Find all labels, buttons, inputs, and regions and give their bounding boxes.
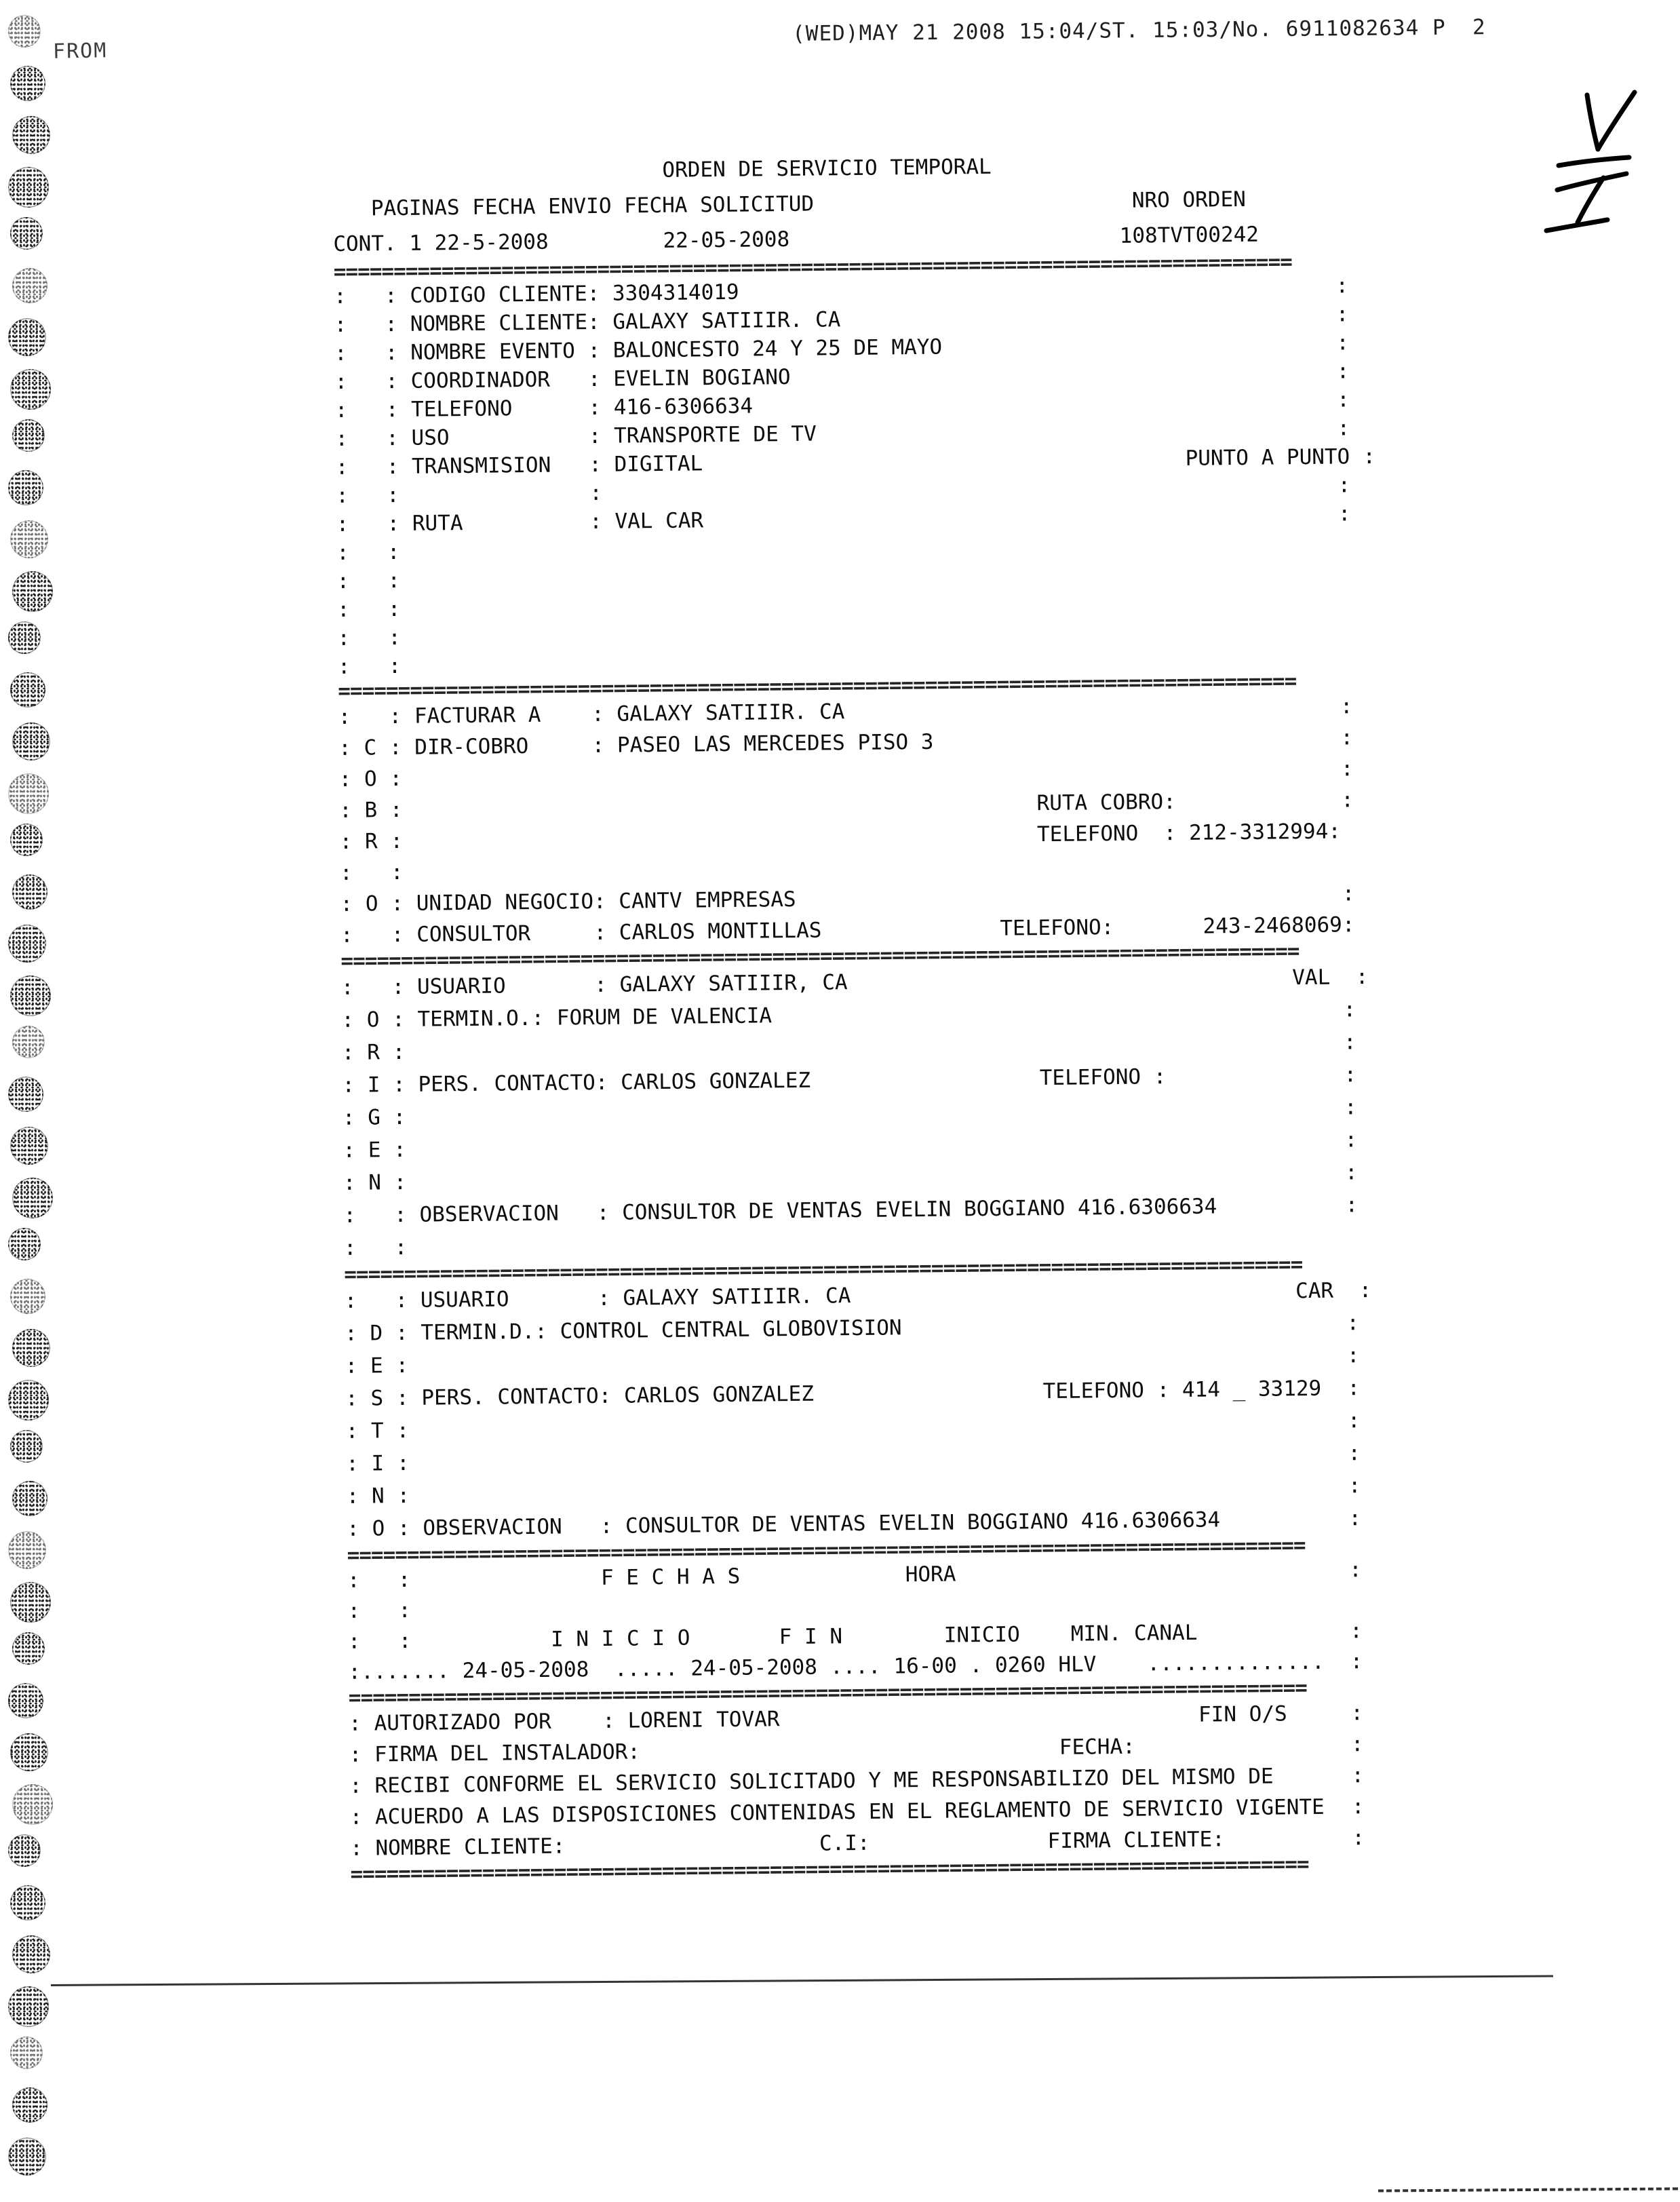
form-cell: :: [391, 857, 404, 888]
margin-mark: [8, 1986, 49, 2027]
form-cell: NOMBRE CLIENTE: GALAXY SATIIIR. CA: [410, 305, 841, 339]
form-cell: :: [385, 395, 398, 424]
form-cell: :: [388, 595, 401, 623]
form-cell: I: [367, 1068, 380, 1101]
client-block: ::CODIGO CLIENTE: 3304314019:::NOMBRE CL…: [334, 271, 1362, 681]
form-cell: N: [372, 1480, 385, 1512]
form-cell: G: [368, 1101, 380, 1134]
margin-mark: [10, 824, 43, 856]
form-cell: 0260 HLV: [995, 1649, 1097, 1681]
form-cell: :: [347, 1566, 360, 1596]
form-cell: TERMIN.O.: FORUM DE VALENCIA: [417, 999, 772, 1035]
form-cell: PUNTO A PUNTO: [1185, 442, 1350, 473]
form-cell: INICIO: [944, 1620, 1020, 1651]
cobro-block: ::FACTURAR A : GALAXY SATIIIR. CA::C:DIR…: [338, 691, 1365, 951]
form-cell: DIR-COBRO : PASEO LAS MERCEDES PISO 3: [414, 727, 934, 763]
margin-mark: [12, 1026, 45, 1058]
form-cell: :: [1338, 499, 1351, 528]
margin-mark: [10, 1582, 51, 1623]
handwritten-strokes: [1527, 76, 1649, 252]
form-cell: :: [345, 1317, 357, 1350]
form-cell: :: [1348, 1404, 1361, 1437]
form-cell: :: [334, 282, 347, 311]
form-cell: :: [386, 452, 399, 481]
form-cell: COORDINADOR : EVELIN BOGIANO: [410, 363, 790, 395]
margin-mark: [10, 369, 51, 410]
form-cell: FECHA:: [1059, 1731, 1135, 1763]
bottom-horizontal-rule: [51, 1975, 1553, 1986]
form-cell: :: [336, 510, 349, 539]
margin-mark: [8, 1834, 41, 1867]
form-cell: :: [336, 482, 349, 510]
form-cell: :: [336, 539, 349, 567]
form-cell: :: [348, 1627, 361, 1657]
handwritten-annotation: [1527, 76, 1649, 252]
form-cell: F I N: [779, 1621, 842, 1653]
form-cell: :: [1351, 1760, 1364, 1791]
fechas-block: ::F E C H A SHORA:::::I N I C I OF I NIN…: [347, 1555, 1373, 1688]
margin-mark: [8, 1077, 43, 1112]
form-cell: :: [340, 857, 353, 889]
form-cell: UNIDAD NEGOCIO: CANTV EMPRESAS: [416, 884, 796, 919]
form-cell: :: [1345, 1156, 1358, 1189]
form-cell: :: [338, 733, 351, 764]
form-cell: :: [391, 971, 404, 1003]
form-cell: O: [366, 888, 378, 919]
form-cell: :: [395, 1349, 408, 1382]
form-cell: :: [396, 1382, 409, 1414]
form-cell: :: [1351, 1728, 1364, 1760]
form-cell: :: [387, 538, 400, 566]
margin-mark: [8, 773, 49, 814]
form-cell: :: [334, 311, 347, 339]
form-cell: O: [364, 763, 377, 794]
form-cell: USUARIO : GALAXY SATIIIR, CA: [417, 966, 848, 1003]
form-cell: :: [334, 339, 347, 368]
form-cell: TELEFONO : 212-3312994:: [1037, 815, 1341, 850]
form-cell: :: [349, 1739, 362, 1771]
form-cell: MIN. CANAL: [1071, 1618, 1198, 1650]
margin-mark: [8, 167, 49, 208]
form-cell: :: [397, 1447, 410, 1480]
form-cell: :: [1344, 1058, 1356, 1091]
service-order-document: ORDEN DE SERVICIO TEMPORALPAGINAS FECHA …: [332, 145, 1375, 1885]
footer-block: :AUTORIZADO POR: LORENI TOVARFIN O/S::FI…: [349, 1697, 1374, 1864]
form-cell: :: [346, 1448, 359, 1480]
form-cell: AUTORIZADO POR: [374, 1706, 551, 1739]
margin-mark: [10, 1733, 48, 1771]
form-cell: .: [969, 1650, 982, 1681]
form-cell: :: [341, 1004, 354, 1037]
form-cell: E: [368, 1134, 380, 1166]
margin-mark: [12, 1632, 45, 1665]
form-cell: :: [344, 1285, 357, 1317]
form-cell: :: [347, 1596, 360, 1627]
margin-mark: [12, 722, 50, 760]
form-cell: CAR: [1295, 1275, 1333, 1308]
form-cell: .....: [614, 1654, 678, 1685]
margin-mark: [12, 1784, 53, 1825]
form-cell: TELEFONO :: [1040, 1060, 1167, 1094]
form-cell: :: [343, 1167, 356, 1199]
form-cell: :: [385, 282, 397, 310]
form-cell: :: [1336, 300, 1349, 328]
form-cell: :: [1359, 1274, 1371, 1307]
form-cell: :: [390, 794, 403, 826]
form-cell: C.I:: [819, 1828, 870, 1859]
form-cell: E: [370, 1349, 383, 1382]
form-cell: : LORENI TOVAR: [602, 1703, 780, 1737]
form-cell: HORA: [905, 1559, 956, 1590]
form-cell: :: [340, 889, 353, 920]
form-cell: :: [398, 1626, 411, 1657]
form-cell: :: [1337, 471, 1350, 499]
margin-mark: [8, 1380, 49, 1421]
margin-mark: [8, 1683, 43, 1718]
form-cell: :: [338, 701, 351, 733]
margin-mark: [8, 925, 46, 963]
form-cell: RUTA : VAL CAR: [412, 506, 704, 537]
margin-mark: [10, 1279, 45, 1314]
form-cell: :: [393, 1068, 406, 1101]
form-cell: :: [1363, 442, 1375, 471]
form-cell: :: [391, 888, 404, 919]
form-cell: :: [1344, 1026, 1356, 1058]
form-cell: :: [393, 1166, 406, 1199]
form-cell: 24-05-2008: [690, 1653, 817, 1684]
form-cell: :: [349, 1708, 362, 1739]
form-cell: C: [364, 732, 376, 763]
margin-mark: [12, 1481, 47, 1516]
form-cell: :: [1344, 1123, 1357, 1156]
margin-mark: [12, 874, 47, 910]
form-cell: :: [398, 1565, 411, 1596]
form-cell: NRO ORDEN: [1132, 182, 1247, 218]
form-cell: CONSULTOR : CARLOS MONTILLAS: [416, 915, 822, 950]
form-cell: :: [396, 1414, 409, 1447]
form-cell: :: [1352, 1822, 1365, 1853]
form-cell: 22-05-2008: [663, 222, 789, 258]
margin-mark: [12, 1178, 53, 1218]
form-cell: FIRMA DEL INSTALADOR:: [374, 1736, 640, 1770]
fax-page: { "page": { "from_label": "FROM", "fax_h…: [0, 0, 1680, 2202]
fax-timestamp: (WED)MAY 21 2008 15:04/ST. 15:03/No. 691…: [792, 15, 1486, 46]
form-cell: :: [342, 1069, 355, 1102]
form-cell: :: [1336, 357, 1349, 385]
form-cell: :: [335, 396, 348, 425]
form-cell: :: [338, 653, 351, 681]
title-block: ORDEN DE SERVICIO TEMPORALPAGINAS FECHA …: [332, 145, 1358, 262]
form-cell: I N I C I O: [551, 1623, 690, 1655]
form-cell: :: [385, 339, 398, 367]
form-cell: :: [389, 701, 402, 732]
form-cell: :: [343, 1199, 356, 1232]
margin-mark: [10, 520, 48, 558]
form-cell: :: [1348, 1502, 1361, 1534]
form-cell: :: [1341, 753, 1354, 784]
form-cell: :: [1356, 961, 1369, 993]
form-cell: 108TVT00242: [1119, 217, 1259, 254]
handwritten-v-left-stroke: [1587, 95, 1598, 149]
form-cell: :: [388, 623, 401, 652]
form-cell: :: [1347, 1372, 1360, 1404]
form-cell: :: [335, 425, 348, 453]
form-cell: FIRMA CLIENTE:: [1047, 1823, 1225, 1857]
form-cell: :: [1341, 784, 1354, 815]
form-cell: :: [1348, 1437, 1361, 1469]
form-cell: :: [387, 481, 399, 509]
form-cell: :: [1335, 271, 1348, 300]
form-cell: :: [347, 1513, 359, 1545]
margin-mark: [10, 2036, 43, 2069]
form-cell: 24-05-2008: [462, 1655, 589, 1686]
bottom-dash-artifact: [1378, 2187, 1678, 2192]
form-cell: :: [337, 624, 350, 653]
form-cell: 16-00: [893, 1650, 957, 1682]
form-cell: :: [385, 367, 398, 395]
form-cell: S: [370, 1382, 383, 1414]
form-cell: :: [343, 1102, 355, 1134]
form-cell: :: [393, 1134, 406, 1166]
form-cell: :: [348, 1657, 361, 1688]
form-cell: :: [1350, 1697, 1363, 1728]
form-cell: 243-2468069:: [1203, 909, 1354, 942]
form-cell: TERMIN.D.: CONTROL CENTRAL GLOBOVISION: [421, 1311, 902, 1349]
form-cell: :: [1346, 1307, 1359, 1339]
form-cell: :: [1340, 722, 1353, 753]
form-cell: R: [367, 1036, 380, 1068]
form-cell: :: [589, 479, 602, 507]
margin-mark: [12, 268, 47, 303]
form-cell: TRANSMISION : DIGITAL: [412, 449, 703, 480]
form-cell: :: [385, 310, 397, 339]
form-cell: N: [368, 1166, 381, 1199]
form-cell: :: [1342, 878, 1355, 909]
form-cell: :: [1350, 1616, 1363, 1646]
destino-block: ::USUARIO : GALAXY SATIIIR. CACAR::D:TER…: [344, 1274, 1371, 1545]
form-cell: O: [366, 1003, 379, 1036]
form-cell: :: [398, 1596, 411, 1626]
form-cell: :: [338, 764, 351, 795]
margin-mark: [10, 1430, 43, 1463]
form-cell: :: [337, 596, 350, 624]
handwritten-underline-1: [1559, 157, 1629, 166]
form-cell: USO : TRANSPORTE DE TV: [411, 420, 817, 452]
margin-mark: [12, 1935, 50, 1973]
margin-marks-column: [0, 0, 61, 2202]
form-cell: :: [343, 1134, 355, 1167]
handwritten-v-right-stroke: [1598, 92, 1635, 149]
form-cell: :: [1336, 328, 1349, 357]
origen-block: ::USUARIO : GALAXY SATIIIR, CAVAL::O:TER…: [341, 961, 1368, 1264]
margin-mark: [10, 217, 43, 250]
form-cell: :: [350, 1833, 363, 1864]
form-cell: B: [364, 794, 377, 826]
form-cell: PERS. CONTACTO: CARLOS GONZALEZ: [421, 1378, 814, 1414]
form-cell: :: [1349, 1555, 1362, 1585]
margin-mark: [8, 2138, 46, 2176]
form-cell: :: [341, 971, 354, 1004]
form-cell: CONT. 1 22-5-2008: [333, 225, 549, 262]
margin-mark: [10, 66, 45, 101]
margin-mark: [8, 470, 43, 505]
margin-mark: [12, 116, 50, 154]
form-cell: :: [336, 567, 349, 596]
form-cell: PAGINAS FECHA ENVIO FECHA SOLICITUD: [371, 187, 815, 227]
form-cell: :: [1337, 414, 1350, 442]
form-cell: RUTA COBRO:: [1036, 786, 1176, 819]
form-cell: :: [344, 1232, 357, 1264]
form-cell: FIN O/S: [1198, 1698, 1287, 1730]
margin-mark: [10, 1885, 45, 1920]
form-cell: :: [345, 1350, 357, 1383]
form-cell: :: [1347, 1339, 1360, 1372]
form-cell: I: [371, 1447, 384, 1480]
form-cell: :: [340, 920, 353, 951]
form-cell: :: [339, 826, 352, 857]
form-cell: :: [392, 1003, 405, 1036]
form-cell: .......: [361, 1656, 450, 1687]
form-cell: :: [397, 1480, 410, 1512]
form-cell: :: [349, 1802, 362, 1833]
form-cell: :: [345, 1415, 358, 1448]
form-cell: :: [395, 1317, 408, 1349]
form-cell: PERS. CONTACTO: CARLOS GONZALEZ: [418, 1064, 810, 1101]
form-cell: :: [395, 1284, 408, 1317]
form-cell: :: [1337, 385, 1350, 414]
form-cell: :: [1350, 1646, 1363, 1677]
margin-mark: [8, 1531, 46, 1569]
form-cell: O: [372, 1512, 385, 1545]
form-cell: :: [1344, 1091, 1357, 1123]
form-cell: :: [392, 1036, 405, 1068]
form-cell: :: [391, 919, 404, 950]
margin-mark: [10, 1127, 48, 1165]
margin-mark: [8, 318, 46, 356]
form-cell: T: [371, 1414, 384, 1447]
form-cell: TELEFONO : 414 _ 33129: [1042, 1372, 1321, 1408]
form-cell: :: [389, 763, 402, 794]
form-cell: :: [1343, 993, 1356, 1026]
form-cell: :: [339, 795, 352, 826]
form-cell: :: [387, 566, 400, 595]
form-cell: :: [393, 1101, 406, 1134]
form-cell: :: [342, 1037, 355, 1069]
form-cell: :: [1345, 1189, 1358, 1221]
form-cell: TELEFONO:: [1000, 912, 1114, 944]
form-cell: F E C H A S: [601, 1562, 741, 1593]
form-cell: ORDEN DE SERVICIO TEMPORAL: [662, 149, 992, 188]
form-cell: :: [1340, 691, 1353, 722]
margin-mark: [10, 672, 45, 708]
form-cell: TELEFONO : 416-6306634: [411, 392, 753, 424]
form-cell: :: [349, 1771, 362, 1802]
form-cell: ..............: [1147, 1647, 1325, 1680]
form-cell: ....: [830, 1652, 881, 1683]
form-cell: :: [390, 826, 403, 857]
margin-mark: [8, 15, 41, 47]
margin-mark: [8, 621, 41, 654]
form-cell: :: [334, 368, 347, 396]
form-cell: :: [389, 732, 402, 763]
form-cell: FACTURAR A : GALAXY SATIIIR. CA: [414, 696, 845, 732]
form-cell: VAL: [1292, 961, 1330, 994]
form-cell: :: [387, 509, 399, 538]
form-cell: :: [1348, 1469, 1361, 1502]
margin-mark: [12, 1329, 50, 1367]
form-cell: :: [346, 1480, 359, 1513]
margin-mark: [8, 1228, 41, 1260]
margin-mark: [12, 2087, 47, 2123]
form-cell: :: [394, 1199, 407, 1231]
form-cell: :: [345, 1383, 358, 1415]
form-cell: :: [397, 1512, 410, 1545]
form-cell: :: [386, 424, 399, 452]
margin-mark: [12, 571, 53, 612]
handwritten-i-top-stroke: [1557, 174, 1626, 190]
form-cell: R: [365, 826, 378, 857]
form-cell: USUARIO : GALAXY SATIIIR. CA: [421, 1279, 851, 1317]
margin-mark: [12, 419, 45, 452]
form-cell: :: [1352, 1791, 1365, 1822]
form-cell: NOMBRE CLIENTE:: [375, 1831, 565, 1864]
form-cell: D: [370, 1317, 383, 1349]
margin-mark: [10, 976, 51, 1016]
form-cell: :: [388, 652, 401, 680]
form-cell: CODIGO CLIENTE: 3304314019: [410, 278, 739, 310]
form-cell: :: [336, 453, 349, 482]
form-cell: :: [394, 1231, 407, 1264]
